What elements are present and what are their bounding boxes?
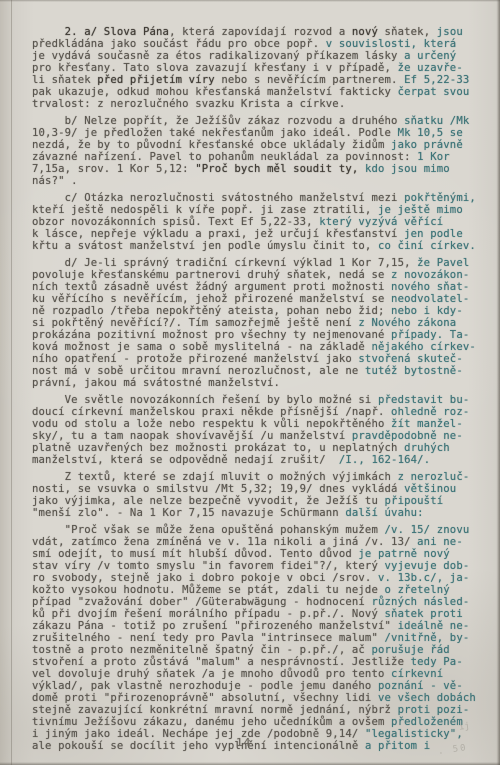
text-line: Ve světle novozákonních řešení by bylo m…: [32, 394, 478, 406]
typewriter-text: kteří ještě nedospěli k víře popř. ji za…: [32, 204, 378, 216]
text-line: si pokřtěný nevěřící?/. Tím samozřejmě j…: [32, 317, 478, 329]
overstruck-teal-text: sňatku /Mk: [404, 115, 469, 127]
typewriter-text: platně uzavřených bez možnosti prokázat …: [32, 442, 404, 454]
typewriter-text: sky/, tu a tam naopak shovívavější /u ma…: [32, 430, 352, 442]
text-line: Z textů, které se zdají mluvit o možných…: [32, 471, 478, 483]
overstruck-teal-text: tedy Pa-: [411, 656, 463, 668]
overstruck-teal-text: ve všech dobách: [378, 692, 476, 704]
page-number: 14: [236, 736, 251, 749]
overstruck-teal-text: ideálně ne-: [398, 620, 470, 632]
typewriter-text: 10,3-9/ je předložen také nekřesťanům ja…: [32, 127, 398, 139]
overstruck-teal-text: nového sňat-: [391, 281, 469, 293]
typewriter-text: pro křesťany. Tato slova zavazují křesťa…: [32, 62, 398, 74]
overstruck-teal-text: v souvislosti, která: [326, 38, 457, 50]
paragraph: "Proč však se může žena opuštěná pohansk…: [32, 524, 478, 752]
overstruck-teal-text: jen podle: [404, 228, 463, 240]
typewriter-text: právní, jakou má svátostné manželství.: [32, 377, 280, 389]
overstruck-teal-text: vyjevuje dob-: [385, 560, 470, 572]
typewriter-text: povoluje křesťanskému partnerovi druhý s…: [32, 269, 391, 281]
overstruck-teal-text: /I., 162-164/.: [339, 454, 430, 466]
page-text: 2. a/ Slova Pána, která zapovídají rozvo…: [32, 26, 478, 752]
text-line: povoluje křesťanskému partnerovi druhý s…: [32, 269, 478, 281]
paper-edge-top: [0, 0, 500, 2]
text-line: tostně a proto nezměnitelně špatný čin -…: [32, 644, 478, 656]
overstruck-teal-text: čerpat svou: [398, 86, 470, 98]
typewriter-text: k lásce, nepřeje výkladu a praxi, jež ur…: [32, 228, 404, 240]
typewriter-text: nás?" .: [32, 175, 78, 187]
typewriter-text: tostně a proto nezměnitelně špatný čin -…: [32, 644, 371, 656]
text-line: manželství, která se odpovědně nedají zr…: [32, 454, 478, 466]
scanned-document-page: 2. a/ Slova Pána, která zapovídají rozvo…: [0, 0, 500, 765]
overstruck-dark-text: před přijetím víry: [97, 74, 215, 86]
text-line: kteří ještě nedospěli k víře popř. ji za…: [32, 204, 478, 216]
overstruck-teal-text: o zřetelný: [385, 584, 450, 596]
text-line: platně uzavřených bez možnosti prokázat …: [32, 442, 478, 454]
text-line: nezdá, že by to původní křesťanské obce …: [32, 139, 478, 151]
overstruck-teal-text: Ef 5,22-33: [404, 74, 469, 86]
typewriter-text: , která zapovídají rozvod a: [169, 26, 352, 38]
text-line: vdát, zatímco žena zmíněná ve v. 11a nik…: [32, 536, 478, 548]
text-line: výklad/, pak vlastně nerozhoduje - podle…: [32, 680, 478, 692]
text-line: d/ Je-li správný tradiční církevní výkla…: [32, 257, 478, 269]
text-line: sky/, tu a tam naopak shovívavější /u ma…: [32, 430, 478, 442]
typewriter-text: závazné nařízení. Pavel to pohanům neukl…: [32, 151, 417, 163]
typewriter-text: případ "zvažování dober" /Güterabwägung …: [32, 596, 371, 608]
text-line: právní, jakou má svátostné manželství.: [32, 377, 478, 389]
overstruck-dark-text: "Proč bych měl soudit ty,: [195, 163, 358, 175]
text-line: tivnímu Ježíšovu zákazu, danému jeho uče…: [32, 716, 478, 728]
overstruck-teal-text: sňatek proti: [385, 608, 463, 620]
typewriter-text: sňatek,: [378, 26, 437, 38]
text-line: závazné nařízení. Pavel to pohanům neukl…: [32, 151, 478, 163]
text-line: ale pokouší se docílit jeho vyplnění int…: [32, 740, 478, 752]
typewriter-text: ale pokouší se docílit jeho vyplnění int…: [32, 740, 365, 752]
typewriter-text: ku věřícího s nevěřícím, jehož přirozené…: [32, 293, 391, 305]
text-line: pak ukazuje, odkud mohou křesťanská manž…: [32, 86, 478, 98]
paragraph: 2. a/ Slova Pána, která zapovídají rozvo…: [32, 26, 478, 110]
overstruck-teal-text: většinou: [404, 483, 456, 495]
typewriter-text: Ve světle novozákonních řešení by bylo m…: [32, 394, 378, 406]
text-line: 10,3-9/ je předložen také nekřesťanům ja…: [32, 127, 478, 139]
overstruck-teal-text: pravděpodobně ne-: [352, 430, 463, 442]
text-line: pro křesťany. Tato slova zavazují křesťa…: [32, 62, 478, 74]
overstruck-teal-text: představit bu-: [378, 394, 469, 406]
overstruck-teal-text: je ještě mimo: [378, 204, 463, 216]
text-line: ková možnost je sama o sobě myslitelná -…: [32, 341, 478, 353]
typewriter-text: nebo s nevěřícím partnerem.: [215, 74, 404, 86]
paragraph: d/ Je-li správný tradiční církevní výkla…: [32, 257, 478, 389]
text-line: stav víry /v tomto smyslu "in favorem fi…: [32, 560, 478, 572]
typewriter-text: ro svobody, stejně jako i dobro pokoje v…: [32, 572, 378, 584]
typewriter-text: ková možnost je sama o sobě myslitelná -…: [32, 341, 371, 353]
typewriter-text: vodu od stolu a lože nebo respektu k vůl…: [32, 418, 391, 430]
typewriter-text: vdát, zatímco žena zmíněná ve v. 11a nik…: [32, 536, 417, 548]
paragraph: c/ Otázka nerozlučnosti svátostného manž…: [32, 192, 478, 252]
typewriter-text: manželství, která se odpovědně nedají zr…: [32, 454, 339, 466]
overstruck-dark-text: 2. a/ Slova Pána: [32, 26, 169, 38]
overstruck-teal-text: kdo jsou mimo: [365, 163, 450, 175]
text-line: li sňatek před přijetím víry nebo s nevě…: [32, 74, 478, 86]
typewriter-text: domě proti "přirozenoprávně" absolutní, …: [32, 692, 378, 704]
typewriter-text: doucí církevní manželskou praxi někde př…: [32, 406, 391, 418]
typewriter-text: tivnímu Ježíšovu zákazu, danému jeho uče…: [32, 716, 391, 728]
overstruck-teal-text: a přitom i: [365, 740, 430, 752]
text-line: stvoření a proto zůstává "malum" a nespr…: [32, 656, 478, 668]
paragraph: Ve světle novozákonních řešení by bylo m…: [32, 394, 478, 466]
text-line: i jiným jako ideál. Nechápe jej zde /pod…: [32, 728, 478, 740]
typewriter-text: pak ukazuje, odkud mohou křesťanská manž…: [32, 86, 398, 98]
typewriter-text: stav víry /v tomto smyslu "in favorem fi…: [32, 560, 385, 572]
text-line: trvalost: z nerozlučného svazku Krista a…: [32, 98, 478, 110]
typewriter-text: b/ Nelze popřít, že Ježíšův zákaz rozvod…: [32, 115, 404, 127]
overstruck-teal-text: církevní: [391, 668, 443, 680]
overstruck-teal-text: z nerozluč-: [398, 471, 470, 483]
typewriter-text: smí odejít, to musí mít hlubší důvod. Te…: [32, 548, 358, 560]
overstruck-teal-text: pokřtěnými,: [404, 192, 476, 204]
overstruck-teal-text: že uzavře-: [398, 62, 463, 74]
text-line: ních textů zásadně uvést žádný argument …: [32, 281, 478, 293]
text-line: doucí církevní manželskou praxi někde př…: [32, 406, 478, 418]
text-line: předkládána jako součást řádu pro obce p…: [32, 38, 478, 50]
text-line: jako výjimka, ale nelze bezpečně vyvodit…: [32, 495, 478, 507]
overstruck-teal-text: je patrně nový: [358, 548, 449, 560]
text-line: zákazu Pána - totiž po zrušení "přirozen…: [32, 620, 478, 632]
typewriter-text: zákazu Pána - totiž po zrušení "přirozen…: [32, 620, 398, 632]
text-line: kožto vysokou hodnotu. Můžeme se ptát, z…: [32, 584, 478, 596]
overstruck-teal-text: předloženém: [391, 716, 463, 728]
typewriter-text: výklad/, pak vlastně nerozhoduje - podle…: [32, 680, 378, 692]
typewriter-text: Z textů, které se zdají mluvit o možných…: [32, 471, 398, 483]
typewriter-text: "menší zlo". - Na 1 Kor 7,15 navazuje Sc…: [32, 507, 345, 519]
typewriter-text: jako výjimka, ale nelze bezpečně vyvodit…: [32, 495, 385, 507]
overstruck-teal-text: v. 13b.c/, ja-: [378, 572, 469, 584]
text-line: ního opatření - protože přirozené manžel…: [32, 353, 478, 365]
overstruck-teal-text: že Pavel: [417, 257, 469, 269]
overstruck-teal-text: další úvahu:: [345, 507, 423, 519]
overstruck-teal-text: /vnitřně, by-: [385, 632, 470, 644]
text-line: ně rozpadlo /třeba nepokřtěný ateista, p…: [32, 305, 478, 317]
typewriter-text: obzor novozákonních spisů. Text Ef 5,22-…: [32, 216, 319, 228]
overstruck-teal-text: připouští: [385, 495, 444, 507]
text-line: nost má v sobě určitou mravní nerozlučno…: [32, 365, 478, 377]
text-line: nás?" .: [32, 175, 478, 187]
overstruck-teal-text: poznání - vě-: [378, 680, 463, 692]
overstruck-teal-text: Mk 10,5 se: [398, 127, 463, 139]
overstruck-teal-text: ohledně roz-: [391, 406, 469, 418]
typewriter-text: stejně zavazující konkrétní mravní normě…: [32, 704, 398, 716]
typewriter-text: prokázána pozitivní možnost pro všechny …: [32, 329, 391, 341]
overstruck-teal-text: proti pozi-: [398, 704, 470, 716]
text-line: ku věřícího s nevěřícím, jehož přirozené…: [32, 293, 478, 305]
typewriter-text: "Proč však se může žena opuštěná pohansk…: [32, 524, 385, 536]
overstruck-teal-text: co činí církev.: [378, 240, 476, 252]
typewriter-text: c/ Otázka nerozlučnosti svátostného manž…: [32, 192, 404, 204]
text-line: prokázána pozitivní možnost pro všechny …: [32, 329, 478, 341]
typewriter-text: ního opatření - protože přirozené manžel…: [32, 353, 358, 365]
typewriter-text: nezdá, že by to původní křesťanské obce …: [32, 139, 391, 151]
text-line: c/ Otázka nerozlučnosti svátostného manž…: [32, 192, 478, 204]
overstruck-teal-text: který vyzývá věřící: [319, 216, 443, 228]
overstruck-teal-text: stvořená skuteč-: [358, 353, 462, 365]
text-line: "Proč však se může žena opuštěná pohansk…: [32, 524, 478, 536]
text-line: křtu a svátost manželství jen podle úmys…: [32, 240, 478, 252]
text-line: případ "zvažování dober" /Güterabwägung …: [32, 596, 478, 608]
text-line: zrušitelného - není tedy pro Pavla "intr…: [32, 632, 478, 644]
typewriter-text: křtu a svátost manželství jen podle úmys…: [32, 240, 378, 252]
typewriter-text: i jiným jako ideál. Nechápe jej zde /pod…: [32, 728, 365, 740]
text-line: ků při dvojím řešení morálního případu -…: [32, 608, 478, 620]
overstruck-teal-text: případy. Ta-: [391, 329, 469, 341]
pencil-smudge: ij: [458, 721, 470, 732]
overstruck-teal-text: nebo i kdy-: [391, 305, 463, 317]
text-line: obzor novozákonních spisů. Text Ef 5,22-…: [32, 216, 478, 228]
typewriter-text: předkládána jako součást řádu pro obce p…: [32, 38, 326, 50]
overstruck-teal-text: 1 Kor: [417, 151, 450, 163]
overstruck-teal-text: neodvolatel-: [391, 293, 469, 305]
typewriter-text: si pokřtěný nevěřící?/. Tím samozřejmě j…: [32, 317, 358, 329]
typewriter-text: 7,15a, srov. 1 Kor 5,12:: [32, 163, 195, 175]
overstruck-teal-text: nějakého církev-: [371, 341, 475, 353]
text-line: smí odejít, to musí mít hlubší důvod. Te…: [32, 548, 478, 560]
overstruck-teal-text: druhých: [404, 442, 450, 454]
overstruck-teal-text: /v. 15/ znovu: [385, 524, 470, 536]
text-line: 2. a/ Slova Pána, která zapovídají rozvo…: [32, 26, 478, 38]
overstruck-teal-text: z novozákon-: [391, 269, 469, 281]
overstruck-teal-text: ani ne-: [417, 536, 463, 548]
typewriter-text: nost má v sobě určitou mravní nerozlučno…: [32, 365, 365, 377]
overstruck-teal-text: žít manžel-: [391, 418, 463, 430]
overstruck-teal-text: tutéž bytostně-: [365, 365, 463, 377]
typewriter-text: ních textů zásadně uvést žádný argument …: [32, 281, 391, 293]
overstruck-teal-text: a určený: [404, 50, 456, 62]
text-line: k lásce, nepřeje výkladu a praxi, jež ur…: [32, 228, 478, 240]
typewriter-text: zrušitelného - není tedy pro Pavla "intr…: [32, 632, 385, 644]
typewriter-text: je vydává současně za étos radikalizovan…: [32, 50, 404, 62]
text-line: "menší zlo". - Na 1 Kor 7,15 navazuje Sc…: [32, 507, 478, 519]
typewriter-text: nosti, se vsuvka o smilstvu /Mt 5,32; 19…: [32, 483, 404, 495]
paragraph: Z textů, které se zdají mluvit o možných…: [32, 471, 478, 519]
text-line: ro svobody, stejně jako i dobro pokoje v…: [32, 572, 478, 584]
typewriter-text: trvalost: z nerozlučného svazku Krista a…: [32, 98, 345, 110]
overstruck-teal-text: jako právně: [391, 139, 463, 151]
text-line: stejně zavazující konkrétní mravní normě…: [32, 704, 478, 716]
text-line: b/ Nelze popřít, že Ježíšův zákaz rozvod…: [32, 115, 478, 127]
overstruck-teal-text: "legalisticky",: [365, 728, 463, 740]
typewriter-text: d/ Je-li správný tradiční církevní výkla…: [32, 257, 417, 269]
overstruck-teal-text: jsou: [437, 26, 463, 38]
typewriter-text: li sňatek: [32, 74, 97, 86]
text-line: 7,15a, srov. 1 Kor 5,12: "Proč bych měl …: [32, 163, 478, 175]
typewriter-text: ně rozpadlo /třeba nepokřtěný ateista, p…: [32, 305, 391, 317]
paragraph: b/ Nelze popřít, že Ježíšův zákaz rozvod…: [32, 115, 478, 187]
overstruck-teal-text: z Nového zákona: [358, 317, 456, 329]
paper-edge-left: [11, 0, 12, 765]
text-line: je vydává současně za étos radikalizovan…: [32, 50, 478, 62]
text-line: vodu od stolu a lože nebo respektu k vůl…: [32, 418, 478, 430]
text-line: nosti, se vsuvka o smilstvu /Mt 5,32; 19…: [32, 483, 478, 495]
overstruck-teal-text: porušuje řád: [371, 644, 449, 656]
typewriter-text: vel dovoluje druhý sňatek /a je mnoho dů…: [32, 668, 391, 680]
text-line: domě proti "přirozenoprávně" absolutní, …: [32, 692, 478, 704]
overstruck-dark-text: nový: [352, 26, 378, 38]
typewriter-text: ků při dvojím řešení morálního případu -…: [32, 608, 385, 620]
text-line: vel dovoluje druhý sňatek /a je mnoho dů…: [32, 668, 478, 680]
overstruck-teal-text: různých násled-: [371, 596, 469, 608]
typewriter-text: kožto vysokou hodnotu. Můžeme se ptát, z…: [32, 584, 385, 596]
typewriter-text: stvoření a proto zůstává "malum" a nespr…: [32, 656, 411, 668]
